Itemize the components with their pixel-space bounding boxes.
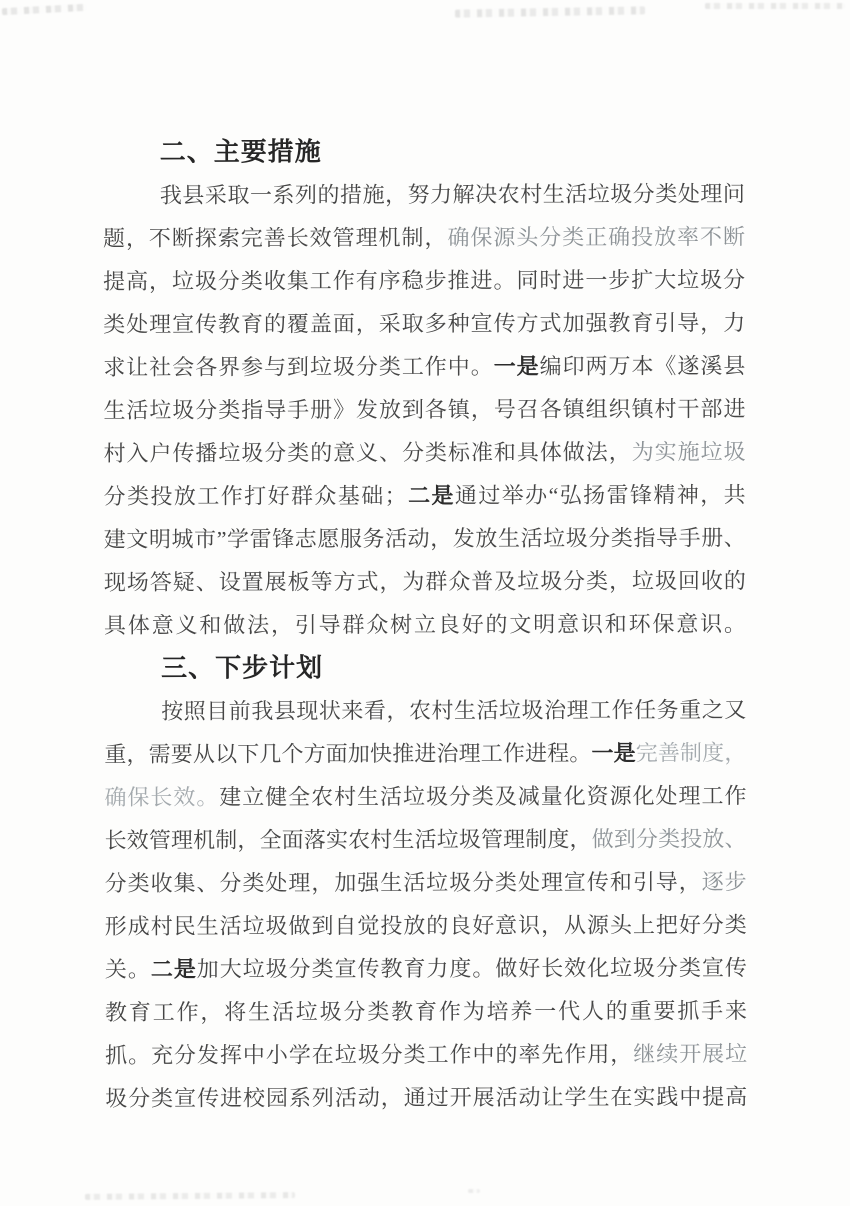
- scan-smudge-top-center: [455, 6, 645, 17]
- text-segment: 确保长效。: [104, 785, 219, 810]
- text-segment: 现场答疑、设置展板等方式，为群众普及垃圾分类，垃圾回收的: [104, 568, 746, 595]
- text-segment: 我县采取一系列的措施，努力解决农村生活垃圾分类处理问: [160, 181, 745, 208]
- text-line: 关。二是加大垃圾分类宣传教育力度。做好长效化垃圾分类宣传: [105, 946, 747, 991]
- text-segment: 按照目前我县现状来看，农村生活垃圾治理工作任务重之又: [161, 697, 746, 724]
- document-content: 二、主要措施我县采取一系列的措施，努力解决农村生活垃圾分类处理问题，不断探索完善…: [103, 129, 748, 1120]
- section-heading-2: 三、下步计划: [104, 645, 746, 690]
- text-line: 确保长效。建立健全农村生活垃圾分类及减量化资源化处理工作: [104, 774, 746, 819]
- text-line: 题，不断探索完善长效管理机制，确保源头分类正确投放率不断: [103, 215, 745, 260]
- text-line: 建文明城市”学雷锋志愿服务活动，发放生活垃圾分类指导手册、: [104, 516, 746, 561]
- text-segment: 编印两万本《遂溪县: [540, 353, 746, 379]
- text-line: 类处理宣传教育的覆盖面，采取多种宣传方式加强教育引导，力: [103, 301, 745, 346]
- text-segment: 类处理宣传教育的覆盖面，采取多种宣传方式加强教育引导，力: [103, 310, 745, 337]
- text-line: 我县采取一系列的措施，努力解决农村生活垃圾分类处理问: [103, 172, 745, 217]
- text-line: 长效管理机制，全面落实农村生活垃圾管理制度，做到分类投放、: [105, 817, 747, 862]
- scan-smudge-bottom-center: [468, 1189, 480, 1193]
- text-line: 生活垃圾分类指导手册》发放到各镇，号召各镇组织镇村干部进: [103, 387, 745, 432]
- text-segment: 一是: [591, 740, 635, 765]
- text-segment: 求让社会各界参与到垃圾分类工作中。: [103, 354, 493, 380]
- text-segment: 分类投放工作打好群众基础；: [104, 483, 407, 509]
- text-line: 圾分类宣传进校园系列活动，通过开展活动让学生在实践中提高: [105, 1075, 747, 1120]
- text-line: 形成村民生活垃圾做到自觉投放的良好意识，从源头上把好分类: [105, 903, 747, 948]
- text-line: 具体意义和做法，引导群众树立良好的文明意识和环保意识。: [104, 602, 746, 647]
- text-line: 教育工作，将生活垃圾分类教育作为培养一代人的重要抓手来: [105, 989, 747, 1034]
- scan-smudge-top-left: [2, 4, 86, 15]
- text-segment: 分类收集、分类处理，加强生活垃圾分类处理宣传和引导，: [105, 869, 702, 896]
- text-line: 重，需要从以下几个方面加快推进治理工作进程。一是完善制度，: [104, 731, 746, 776]
- section-heading-1: 二、主要措施: [103, 129, 745, 174]
- text-segment: 教育工作，将生活垃圾分类教育作为培养一代人的重要抓手来: [105, 998, 747, 1025]
- text-segment: 圾分类宣传进校园系列活动，通过开展活动让学生在实践中提高: [105, 1084, 747, 1111]
- text-line: 抓。充分发挥中小学在垃圾分类工作中的率先作用，继续开展垃: [105, 1032, 747, 1077]
- text-segment: 建立健全农村生活垃圾分类及减量化资源化处理工作: [219, 783, 746, 809]
- text-segment: 具体意义和做法，引导群众树立良好的文明意识和环保意识。: [104, 611, 746, 638]
- text-segment: 二是: [407, 483, 455, 508]
- text-line: 求让社会各界参与到垃圾分类工作中。一是编印两万本《遂溪县: [103, 344, 745, 389]
- text-segment: 继续开展垃: [633, 1041, 747, 1066]
- scan-smudge-bottom-left: [85, 1192, 295, 1200]
- text-segment: 建文明城市”学雷锋志愿服务活动，发放生活垃圾分类指导手册、: [104, 525, 746, 552]
- text-segment: 抓。充分发挥中小学在垃圾分类工作中的率先作用，: [105, 1041, 633, 1067]
- text-line: 分类投放工作打好群众基础；二是通过举办“弘扬雷锋精神，共: [104, 473, 746, 518]
- text-line: 村入户传播垃圾分类的意义、分类标准和具体做法，为实施垃圾: [103, 430, 745, 475]
- scan-smudge-top-right: [705, 3, 845, 9]
- text-segment: 完善制度，: [636, 740, 747, 765]
- text-segment: 二是: [151, 957, 197, 982]
- text-segment: 为实施垃圾: [632, 439, 746, 464]
- text-segment: 重，需要从以下几个方面加快推进治理工作进程。: [104, 741, 591, 767]
- text-segment: 村入户传播垃圾分类的意义、分类标准和具体做法，: [104, 439, 632, 465]
- text-line: 按照目前我县现状来看，农村生活垃圾治理工作任务重之又: [104, 688, 746, 733]
- text-line: 分类收集、分类处理，加强生活垃圾分类处理宣传和引导，逐步: [105, 860, 747, 905]
- text-segment: 做到分类投放、: [592, 826, 747, 851]
- text-segment: 生活垃圾分类指导手册》发放到各镇，号召各镇组织镇村干部进: [103, 396, 745, 423]
- text-segment: 确保源头分类正确投放率不断: [447, 224, 745, 250]
- text-segment: 长效管理机制，全面落实农村生活垃圾管理制度，: [105, 827, 592, 853]
- document-page: 二、主要措施我县采取一系列的措施，努力解决农村生活垃圾分类处理问题，不断探索完善…: [0, 0, 850, 1206]
- text-segment: 一是: [494, 354, 540, 379]
- text-segment: 形成村民生活垃圾做到自觉投放的良好意识，从源头上把好分类: [105, 912, 747, 939]
- text-line: 现场答疑、设置展板等方式，为群众普及垃圾分类，垃圾回收的: [104, 559, 746, 604]
- text-segment: 加大垃圾分类宣传教育力度。做好长效化垃圾分类宣传: [197, 955, 747, 981]
- text-segment: 关。: [105, 957, 151, 982]
- text-line: 提高，垃圾分类收集工作有序稳步推进。同时进一步扩大垃圾分: [103, 258, 745, 303]
- text-segment: 通过举办“弘扬雷锋精神，共: [455, 482, 746, 508]
- text-segment: 逐步: [702, 869, 747, 894]
- text-segment: 题，不断探索完善长效管理机制，: [103, 225, 448, 251]
- text-segment: 提高，垃圾分类收集工作有序稳步推进。同时进一步扩大垃圾分: [103, 267, 745, 294]
